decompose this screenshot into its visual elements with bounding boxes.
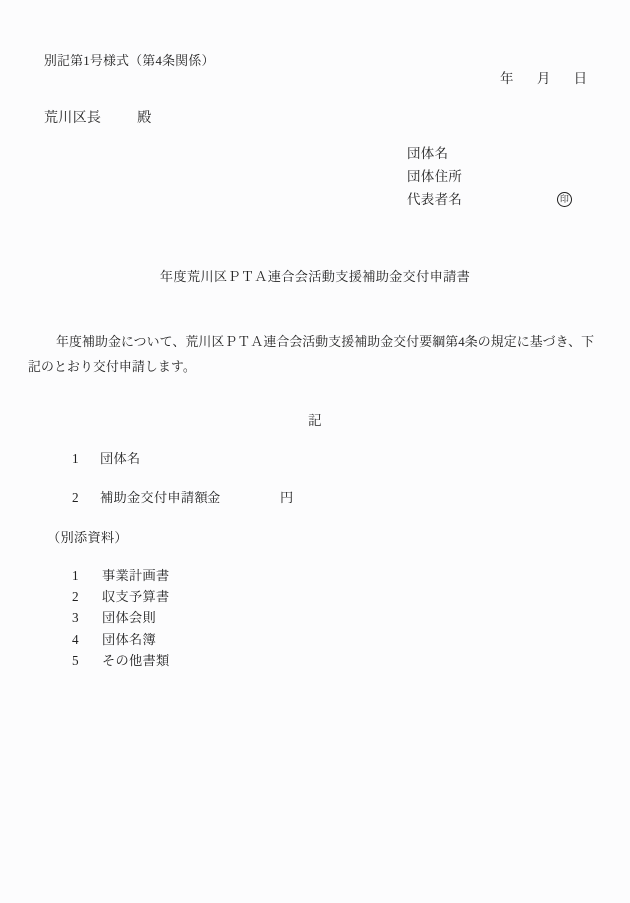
attachment-item: 3団体会則 xyxy=(0,607,630,628)
attachment-number: 3 xyxy=(72,607,102,628)
date-month-label: 月 xyxy=(537,67,551,87)
attachments-heading: （別添資料） xyxy=(47,527,128,546)
representative-line: 代表者名 印 xyxy=(407,188,597,211)
addressee-line: 荒川区長殿 xyxy=(44,107,152,127)
attachment-label: 事業計画書 xyxy=(102,568,169,583)
attachment-number: 1 xyxy=(72,565,102,586)
attachment-label: その他書類 xyxy=(102,653,169,668)
org-address-label: 団体住所 xyxy=(407,165,597,188)
date-line: 年 月 日 xyxy=(500,67,587,87)
document-title: 年度荒川区ＰＴＡ連合会活動支援補助金交付申請書 xyxy=(0,266,630,285)
addressee-honorific: 殿 xyxy=(137,111,151,126)
amount-suffix-label: 円 xyxy=(280,487,294,508)
attachment-label: 団体名簿 xyxy=(102,632,156,647)
form-id: 別記第1号様式（第4条関係） xyxy=(44,50,215,69)
attachment-number: 4 xyxy=(72,629,102,650)
attachment-item: 5その他書類 xyxy=(0,650,630,671)
representative-label: 代表者名 xyxy=(407,192,462,207)
date-year-label: 年 xyxy=(500,67,514,87)
record-item-number: 2 xyxy=(72,487,100,508)
attachment-number: 5 xyxy=(72,650,102,671)
record-heading: 記 xyxy=(0,409,630,429)
attachment-number: 2 xyxy=(72,586,102,607)
attachment-label: 収支予算書 xyxy=(102,589,169,604)
attachment-item: 2収支予算書 xyxy=(0,586,630,607)
record-item-number: 1 xyxy=(72,448,100,469)
amount-prefix-label: 金 xyxy=(207,487,221,508)
attachments-list: 1事業計画書 2収支予算書 3団体会則 4団体名簿 5その他書類 xyxy=(0,565,630,671)
record-item-label: 団体名 xyxy=(100,451,140,466)
attachment-item: 1事業計画書 xyxy=(0,565,630,586)
org-name-label: 団体名 xyxy=(407,142,597,165)
attachment-item: 4団体名簿 xyxy=(0,629,630,650)
record-item-grant-amount: 2補助金交付申請額 金 円 xyxy=(0,487,630,508)
application-form-page: 別記第1号様式（第4条関係） 年 月 日 荒川区長殿 団体名 団体住所 代表者名… xyxy=(0,0,630,903)
addressee-name: 荒川区長 xyxy=(44,111,101,126)
attachment-label: 団体会則 xyxy=(102,610,156,625)
record-item-org-name: 1団体名 xyxy=(0,448,630,469)
date-day-label: 日 xyxy=(574,67,588,87)
body-paragraph: 年度補助金について、荒川区ＰＴＡ連合会活動支援補助金交付要綱第4条の規定に基づき… xyxy=(28,330,606,380)
applicant-block: 団体名 団体住所 代表者名 印 xyxy=(407,142,597,211)
record-item-label: 補助金交付申請額 xyxy=(100,490,208,505)
seal-icon: 印 xyxy=(557,192,572,207)
